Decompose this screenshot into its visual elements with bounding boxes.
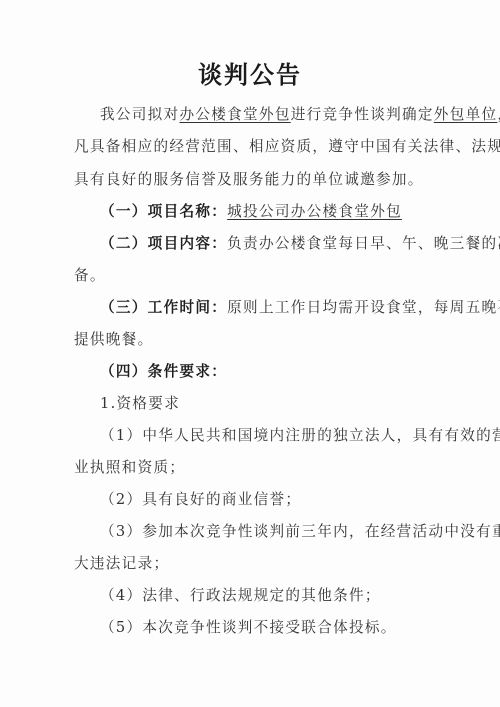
requirement-2: （2）具有良好的商业信誉； bbox=[100, 490, 301, 510]
section-4: （四）条件要求： bbox=[100, 362, 227, 382]
requirement-3-cont: 大违法记录； bbox=[74, 554, 169, 574]
qualification-heading: 1.资格要求 bbox=[100, 394, 180, 414]
section-2: （二）项目内容：负责办公楼食堂每日早、午、晚三餐的准 bbox=[100, 234, 500, 254]
section-label: （二）项目内容： bbox=[100, 235, 227, 252]
text: 进行竞争性谈判确定 bbox=[291, 106, 434, 123]
underlined-project: 办公楼食堂外包 bbox=[179, 106, 290, 123]
requirement-1: （1）中华人民共和国境内注册的独立法人，具有有效的营 bbox=[100, 426, 500, 446]
requirement-5: （5）本次竞争性谈判不接受联合体投标。 bbox=[100, 618, 397, 638]
project-name: 城投公司办公楼食堂外包 bbox=[227, 203, 402, 220]
section-3: （三）工作时间：原则上工作日均需开设食堂，每周五晚不 bbox=[100, 298, 500, 318]
section-3-cont: 提供晚餐。 bbox=[74, 330, 153, 350]
section-1: （一）项目名称：城投公司办公楼食堂外包 bbox=[100, 202, 402, 222]
underlined-unit: 外包单位 bbox=[434, 106, 498, 123]
section-2-cont: 备。 bbox=[74, 266, 106, 286]
requirement-1-cont: 业执照和资质； bbox=[74, 458, 185, 478]
text: 负责办公楼食堂每日早、午、晚三餐的准 bbox=[227, 235, 500, 252]
section-label: （一）项目名称： bbox=[100, 203, 227, 220]
text: 原则上工作日均需开设食堂，每周五晚不 bbox=[227, 299, 500, 316]
section-label: （三）工作时间： bbox=[100, 299, 227, 316]
intro-line-2: 凡具备相应的经营范围、相应资质，遵守中国有关法律、法规， bbox=[74, 137, 500, 157]
text: 我公司拟对 bbox=[100, 106, 179, 123]
document-title: 谈判公告 bbox=[0, 55, 500, 90]
requirement-4: （4）法律、行政法规规定的其他条件； bbox=[100, 586, 381, 606]
requirement-3: （3）参加本次竞争性谈判前三年内，在经营活动中没有重 bbox=[100, 522, 500, 542]
intro-line-1: 我公司拟对办公楼食堂外包进行竞争性谈判确定外包单位， bbox=[100, 105, 500, 125]
intro-line-3: 具有良好的服务信誉及服务能力的单位诚邀参加。 bbox=[74, 170, 424, 190]
document-page: 谈判公告 我公司拟对办公楼食堂外包进行竞争性谈判确定外包单位， 凡具备相应的经营… bbox=[0, 0, 500, 707]
